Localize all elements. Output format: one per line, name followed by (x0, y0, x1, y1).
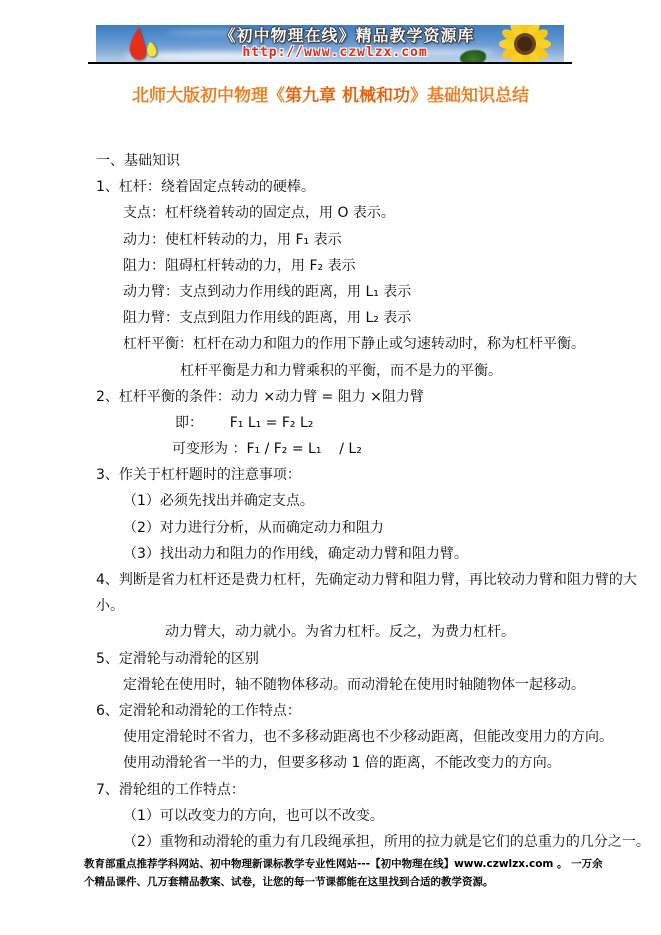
document-body: 一、基础知识 1、杠杆：绕着固定点转动的硬棒。 支点：杠杆绕着转动的固定点，用 … (96, 148, 576, 855)
body-line: 3、作关于杠杆题时的注意事项： (96, 462, 576, 488)
body-line: 5、定滑轮与动滑轮的区别 (96, 646, 576, 672)
body-line: 支点：杠杆绕着转动的固定点，用 O 表示。 (96, 200, 576, 226)
body-line: （3）找出动力和阻力的作用线，确定动力臂和阻力臂。 (96, 541, 576, 567)
title-prefix: 北师大版初中物理《 (132, 86, 285, 106)
sunflower-icon (498, 25, 552, 62)
footer-line: 个精品课件、几万套精品教案、试卷，让您的每一节课都能在这里找到合适的教学资源。 (84, 874, 584, 892)
body-line: 动力臂：支点到动力作用线的距离，用 L₁ 表示 (96, 279, 576, 305)
body-line: 1、杠杆：绕着固定点转动的硬棒。 (96, 174, 576, 200)
title-suffix: 》基础知识总结 (410, 86, 529, 106)
body-line: 阻力臂：支点到阻力作用线的距离，用 L₂ 表示 (96, 305, 576, 331)
body-line: 定滑轮在使用时，轴不随物体移动。而动滑轮在使用时轴随物体一起移动。 (96, 672, 576, 698)
body-line: 7、滑轮组的工作特点： (96, 777, 576, 803)
body-line: 可变形为 ：F₁ / F₂ = L₁ / L₂ (96, 436, 576, 462)
document-page: 《初中物理在线》精品教学资源库 http://www.czwlzx.com (0, 0, 661, 935)
body-line: （1）必须先找出并确定支点。 (96, 488, 576, 514)
grass-decoration (460, 50, 486, 62)
body-line: 4、判断是省力杠杆还是费力杠杆，先确定动力臂和阻力臂，再比较动力臂和阻力臂的大 (96, 567, 576, 593)
body-line: 杠杆平衡是力和力臂乘积的平衡，而不是力的平衡。 (96, 358, 576, 384)
banner-text-block: 《初中物理在线》精品教学资源库 http://www.czwlzx.com (96, 27, 564, 60)
body-line: 即： F₁ L₁ = F₂ L₂ (96, 410, 576, 436)
footer-line: 教育部重点推荐学科网站、初中物理新课标教学专业性网站---【初中物理在线】www… (84, 856, 584, 874)
body-line: 小。 (96, 593, 576, 619)
page-footer: 教育部重点推荐学科网站、初中物理新课标教学专业性网站---【初中物理在线】www… (84, 856, 584, 891)
body-line: 使用定滑轮时不省力，也不多移动距离也不少移动距离，但能改变用力的方向。 (96, 724, 576, 750)
body-line: 使用动滑轮省一半的力，但要多移动 1 倍的距离，不能改变力的方向。 (96, 750, 576, 776)
body-line: 动力臂大，动力就小。为省力杠杆。反之，为费力杠杆。 (96, 619, 576, 645)
document-title: 北师大版初中物理《第九章 机械和功》基础知识总结 (0, 84, 661, 108)
site-banner: 《初中物理在线》精品教学资源库 http://www.czwlzx.com (96, 25, 564, 62)
body-line: 6、定滑轮和动滑轮的工作特点： (96, 698, 576, 724)
banner-underline (88, 62, 572, 64)
body-line: 杠杆平衡：杠杆在动力和阻力的作用下静止或匀速转动时，称为杠杆平衡。 (96, 331, 576, 357)
title-chapter: 第九章 机械和功 (285, 86, 410, 106)
body-line: （2）对力进行分析，从而确定动力和阻力 (96, 515, 576, 541)
body-line: （1）可以改变力的方向，也可以不改变。 (96, 803, 576, 829)
body-line: 2、杠杆平衡的条件：动力 ×动力臂 = 阻力 ×阻力臂 (96, 384, 576, 410)
banner-site-url: http://www.czwlzx.com (106, 45, 564, 60)
body-line: 动力：使杠杆转动的力，用 F₁ 表示 (96, 227, 576, 253)
body-line: 一、基础知识 (96, 148, 576, 174)
body-line: （2）重物和动滑轮的重力有几段绳承担，所用的拉力就是它们的总重力的几分之一。 (96, 829, 576, 855)
body-line: 阻力：阻碍杠杆转动的力，用 F₂ 表示 (96, 253, 576, 279)
